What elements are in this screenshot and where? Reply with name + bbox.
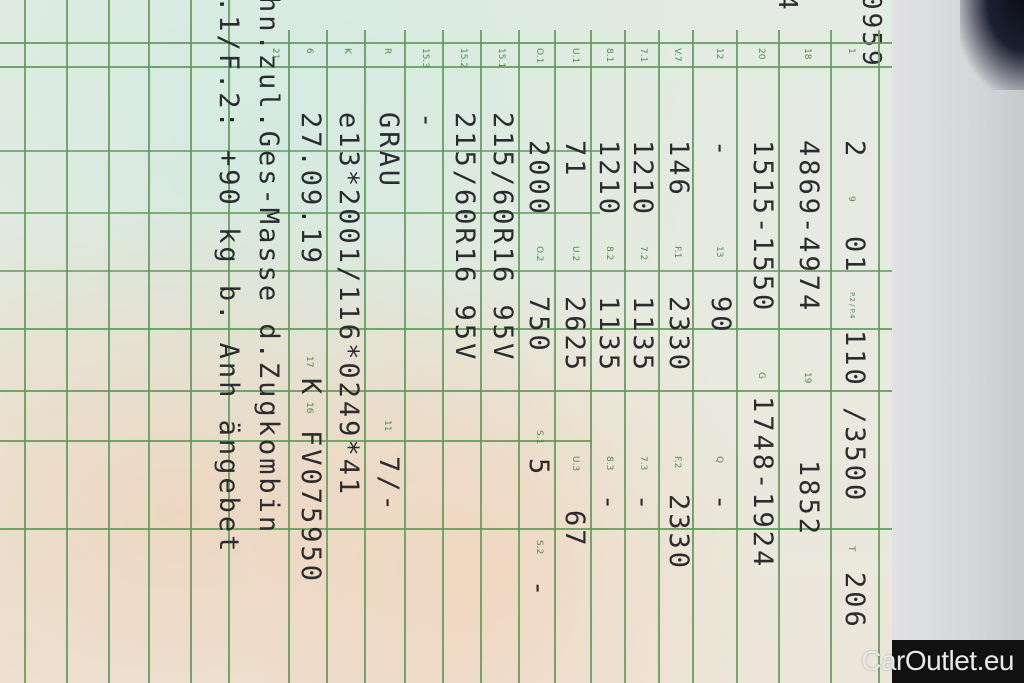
field-value-11: 7/- [373,456,404,514]
field-label-16: 16 [304,402,314,413]
field-value-o2: 750 [523,296,554,354]
field-value-9: 01 [839,236,870,275]
rule-8 [590,30,592,683]
field-value-u2: 2625 [559,296,590,373]
rule-1 [878,30,880,683]
field-label-u3: U.3 [570,456,580,471]
field-label-f1: F.1 [672,246,682,258]
field-value-f1: 2330 [663,296,694,373]
field-label-k: K [342,48,352,54]
rule-22 [24,0,26,683]
background-shadow [960,0,1024,90]
field-value-6: 27.09.19 [295,112,326,266]
rule-10 [518,30,520,683]
field-value-16: FV075950 [295,430,326,584]
field-value-15-3: - [411,112,442,131]
field-label-11: 11 [382,420,392,431]
field-label-r: R [382,48,392,54]
rule-11 [480,30,482,683]
field-value-20: 1515-1550 [747,140,778,313]
field-value-g: 1748-1924 [747,396,778,569]
rotated-document-content: 0959 4 [0,0,892,683]
field-label-f2: F.2 [672,456,682,468]
registration-document: 0959 4 [0,0,892,683]
field-label-q: Q [714,456,724,463]
rule-4 [736,30,738,683]
col-divider-d [0,328,892,330]
col-divider-e [0,390,892,392]
field-label-18: 18 [802,48,812,59]
field-label-v7: V.7 [672,48,682,62]
field-label-15-2: 15.2 [458,48,468,68]
field-value-8-2: 1135 [593,296,624,373]
field-label-8-3: 8.3 [604,456,614,470]
field-value-r: GRAU [373,112,404,189]
field-value-q: - [705,494,736,513]
field-value-15-2: 215/60R16 95V [449,112,480,362]
field-value-k: e13*2001/116*0249*41 [333,112,364,497]
field-label-u1: U.1 [570,48,580,63]
field-label-19: 19 [802,372,812,383]
field-label-g: G [756,372,766,379]
rule-20 [108,0,110,683]
field-value-13: 90 [705,296,736,335]
field-label-7-1: 7.1 [638,48,648,62]
field-value-u3: 67 [559,510,590,549]
field-value-7-1: 1210 [627,140,658,217]
rule-19 [148,0,150,683]
field-label-8-1: 8.1 [604,48,614,62]
remark-line-2: .1/F.2: +90 kg b. Anh ängebet [213,0,244,554]
rule-16 [288,30,290,683]
remark-line-1: hn.zul.Ges-Masse d.Zugkombin [253,0,284,535]
rule-13 [404,30,406,683]
rule-9 [554,30,556,683]
field-label-9: 9 [846,196,856,202]
field-label-p2p4: P.2 / P.4 [848,292,856,318]
field-value-17: K [295,378,326,397]
rule-3 [778,30,780,683]
field-label-u2: U.2 [570,246,580,261]
field-value-7-2: 1135 [627,296,658,373]
field-label-o2: O.2 [534,246,544,261]
field-label-15-3: 15.3 [420,48,430,68]
field-label-13: 13 [714,246,724,257]
field-label-7-3: 7.3 [638,456,648,470]
field-value-1: 2 [839,140,870,159]
rule-15 [326,30,328,683]
field-value-u1: 71 [559,140,590,179]
field-value-18: 4869-4974 [793,140,824,313]
field-value-15-1: 215/60R16 95V [487,112,518,362]
field-value-f2: 2330 [663,494,694,571]
background-surface [880,0,1024,683]
field-label-12: 12 [714,48,724,59]
field-value-8-1: 1210 [593,140,624,217]
rule-21 [66,0,68,683]
rule-14 [364,30,366,683]
field-value-t: 206 [839,572,870,630]
field-value-12: - [705,140,736,159]
field-label-s1: S.1 [534,430,544,444]
field-label-1: 1 [846,48,856,54]
field-value-p2p4: 110 /3500 [839,330,870,503]
field-label-7-2: 7.2 [638,246,648,260]
rule-6 [658,30,660,683]
field-label-15-1: 15.1 [496,48,506,68]
header-divider [0,42,892,44]
field-label-20: 20 [756,48,766,59]
rule-2 [830,30,832,683]
field-value-v7: 146 [663,140,694,198]
label-divider [0,66,892,68]
rule-7 [624,30,626,683]
field-value-19: 1852 [793,460,824,537]
field-label-17: 17 [304,356,314,367]
field-label-o1: O.1 [534,48,544,63]
rule-12 [442,30,444,683]
field-label-6: 6 [304,48,314,54]
field-value-7-3: - [627,494,658,513]
field-label-s2: S.2 [534,540,544,554]
rule-18 [190,0,192,683]
field-value-o1: 2000 [523,140,554,217]
field-value-8-3: - [593,494,624,513]
field-label-8-2: 8.2 [604,246,614,260]
field-value-s2: - [523,580,554,599]
field-label-t: T [846,546,856,552]
field-value-s1: 5 [523,458,554,477]
watermark-logo: CarOutlet.eu [861,645,1014,677]
